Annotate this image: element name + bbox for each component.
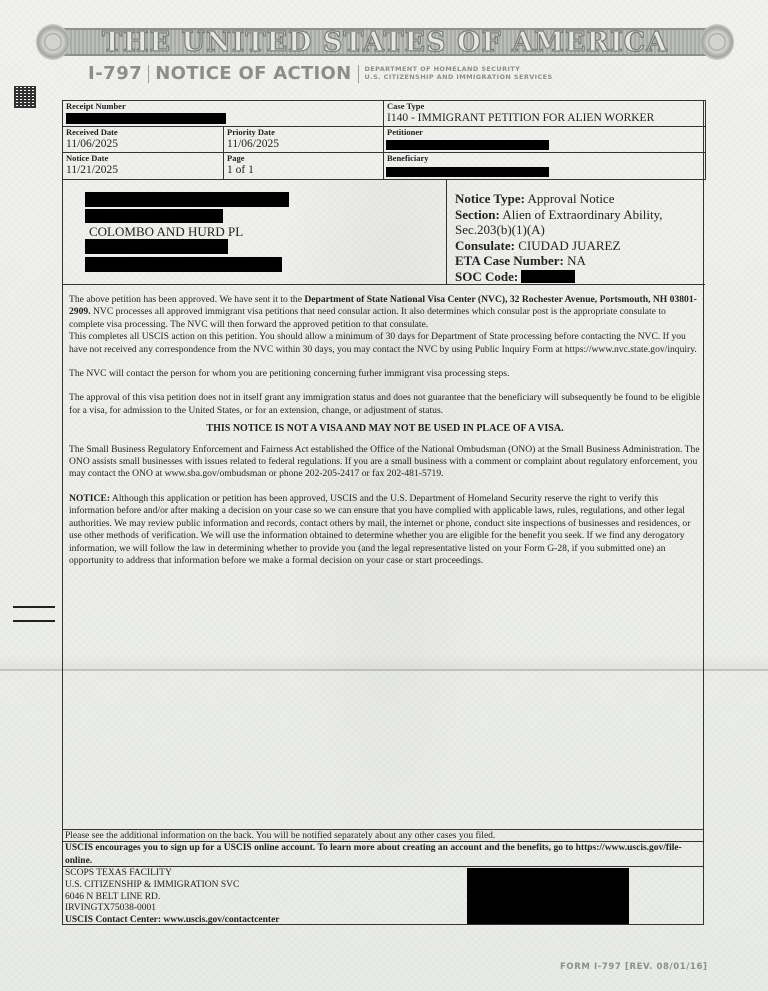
- form-number: I-797: [88, 63, 142, 84]
- address-line-redacted: [85, 192, 289, 207]
- notice-date-value: 11/21/2025: [63, 163, 223, 178]
- priority-date-value: 11/06/2025: [224, 137, 383, 152]
- notice-type-label: Notice Type:: [455, 191, 525, 206]
- text: Although this application or petition ha…: [69, 493, 690, 566]
- office-name: SCOPS TEXAS FACILITY: [65, 868, 465, 880]
- notice-type-value: Approval Notice: [527, 191, 614, 206]
- notice-type-row: Notice Type: Approval Notice: [455, 191, 697, 207]
- footer-redacted-block: [467, 868, 629, 924]
- form-revision: FORM I-797 [REV. 08/01/16]: [560, 962, 707, 972]
- case-type-cell: Case Type I140 - IMMIGRANT PETITION FOR …: [383, 100, 706, 127]
- beneficiary-redacted: [386, 167, 549, 177]
- rosette-left-icon: [36, 24, 70, 60]
- notice-date-cell: Notice Date 11/21/2025: [62, 152, 224, 180]
- eta-label: ETA Case Number:: [455, 253, 564, 268]
- section-label: Section:: [455, 207, 500, 222]
- notice-label: NOTICE:: [69, 493, 110, 504]
- address-line-redacted: [85, 239, 228, 254]
- petitioner-cell: Petitioner: [383, 126, 706, 153]
- section-row: Section: Alien of Extraordinary Ability,: [455, 207, 697, 223]
- fold-mark: [13, 606, 55, 608]
- not-a-visa-warning: THIS NOTICE IS NOT A VISA AND MAY NOT BE…: [69, 423, 701, 435]
- divider: [358, 65, 359, 83]
- receipt-number-redacted: [66, 113, 226, 124]
- address-line-redacted: [85, 257, 282, 272]
- page-label: Page: [224, 153, 383, 163]
- agency-line-2: U.S. CITIZENSHIP AND IMMIGRATION SERVICE…: [365, 73, 553, 81]
- section-value-cont: Sec.203(b)(1)(A): [455, 222, 697, 238]
- uscis-office-address: SCOPS TEXAS FACILITY U.S. CITIZENSHIP & …: [63, 868, 467, 927]
- priority-date-label: Priority Date: [224, 127, 383, 137]
- priority-date-cell: Priority Date 11/06/2025: [223, 126, 384, 153]
- case-type-value: I140 - IMMIGRANT PETITION FOR ALIEN WORK…: [384, 111, 705, 126]
- office-city: IRVINGTX75038-0001: [65, 903, 465, 915]
- divider: [148, 65, 149, 83]
- beneficiary-label: Beneficiary: [384, 153, 705, 163]
- case-type-label: Case Type: [384, 101, 705, 111]
- page-value: 1 of 1: [224, 163, 383, 178]
- text: The above petition has been approved. We…: [69, 294, 304, 305]
- paragraph-ombudsman: The Small Business Regulatory Enforcemen…: [69, 444, 701, 481]
- page-cell: Page 1 of 1: [223, 152, 384, 180]
- office-street: 6046 N BELT LINE RD.: [65, 892, 465, 904]
- agency-name: DEPARTMENT OF HOMELAND SECURITY U.S. CIT…: [365, 66, 553, 81]
- paragraph-notice: NOTICE: Although this application or pet…: [69, 493, 701, 567]
- notice-details: Notice Type: Approval Notice Section: Al…: [447, 179, 705, 285]
- eta-value: NA: [567, 253, 586, 268]
- soc-code-redacted: [521, 270, 575, 283]
- consulate-value: CIUDAD JUAREZ: [518, 238, 620, 253]
- mailing-address-block: COLOMBO AND HURD PL: [63, 179, 447, 285]
- contact-center: USCIS Contact Center: www.uscis.gov/cont…: [65, 915, 465, 927]
- beneficiary-cell: Beneficiary: [383, 152, 706, 180]
- barcode-icon: [14, 86, 36, 108]
- fold-mark: [13, 620, 55, 622]
- rosette-right-icon: [700, 24, 734, 60]
- paragraph-nvc-contact: The NVC will contact the person for whom…: [69, 368, 701, 380]
- address-line-redacted: [85, 209, 223, 223]
- consulate-row: Consulate: CIUDAD JUAREZ: [455, 238, 697, 254]
- banner-title: THE UNITED STATES OF AMERICA: [102, 27, 668, 58]
- soc-row: SOC Code:: [455, 269, 697, 285]
- form-title: NOTICE OF ACTION: [155, 63, 351, 84]
- additional-info-note: Please see the additional information on…: [63, 829, 703, 841]
- consulate-label: Consulate:: [455, 238, 515, 253]
- received-date-cell: Received Date 11/06/2025: [62, 126, 224, 153]
- notice-date-label: Notice Date: [63, 153, 223, 163]
- petitioner-redacted: [386, 140, 549, 150]
- header-banner: THE UNITED STATES OF AMERICA: [36, 24, 734, 60]
- soc-label: SOC Code:: [455, 269, 518, 284]
- received-date-label: Received Date: [63, 127, 223, 137]
- paragraph-nvc: The above petition has been approved. We…: [69, 294, 701, 331]
- section-value: Alien of Extraordinary Ability,: [502, 207, 662, 222]
- notice-body: The above petition has been approved. We…: [69, 294, 701, 579]
- online-account-note: USCIS encourages you to sign up for a US…: [63, 841, 703, 867]
- received-date-value: 11/06/2025: [63, 137, 223, 152]
- receipt-number-label: Receipt Number: [63, 101, 383, 111]
- paragraph-approval-disclaimer: The approval of this visa petition does …: [69, 392, 701, 417]
- office-agency: U.S. CITIZENSHIP & IMMIGRATION SVC: [65, 880, 465, 892]
- petitioner-label: Petitioner: [384, 127, 705, 137]
- form-heading: I-797 NOTICE OF ACTION DEPARTMENT OF HOM…: [88, 63, 553, 84]
- notice-form: Receipt Number Case Type I140 - IMMIGRAN…: [62, 100, 704, 925]
- receipt-number-cell: Receipt Number: [62, 100, 384, 127]
- text: NVC processes all approved immigrant vis…: [69, 306, 666, 329]
- law-firm-name: COLOMBO AND HURD PL: [89, 224, 243, 239]
- paragraph-uscis-complete: This completes all USCIS action on this …: [69, 331, 701, 356]
- eta-row: ETA Case Number: NA: [455, 253, 697, 269]
